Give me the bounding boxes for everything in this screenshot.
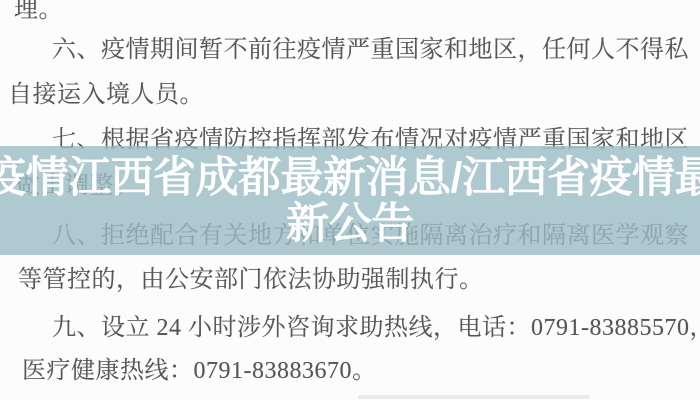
doc-line-8-item-nine-hotline: 九、设立 24 小时涉外咨询求助热线，电话：0791-83885570， [52,314,700,342]
doc-line-3: 自接运入境人员。 [8,81,204,109]
banner-title-line-1: 疫情江西省成都最新消息/江西省疫情最 [0,155,700,201]
doc-line-7: 等管控的，由公安部门依法协助强制执行。 [18,266,484,294]
scanned-notice-page: 理。 六、疫情期间暂不前往疫情严重国家和地区，任何人不得私 自接运入境人员。 七… [0,0,700,400]
scan-artifact-bar [358,395,590,399]
doc-line-9-medical-hotline: 医疗健康热线：0791-83883670。 [22,357,377,385]
doc-line-2-item-six: 六、疫情期间暂不前往疫情严重国家和地区，任何人不得私 [52,36,689,64]
banner-title-line-2: 新公告 [286,201,414,247]
doc-line-1: 理。 [14,0,63,24]
watermark-banner: 疫情江西省成都最新消息/江西省疫情最 新公告 [0,146,700,255]
